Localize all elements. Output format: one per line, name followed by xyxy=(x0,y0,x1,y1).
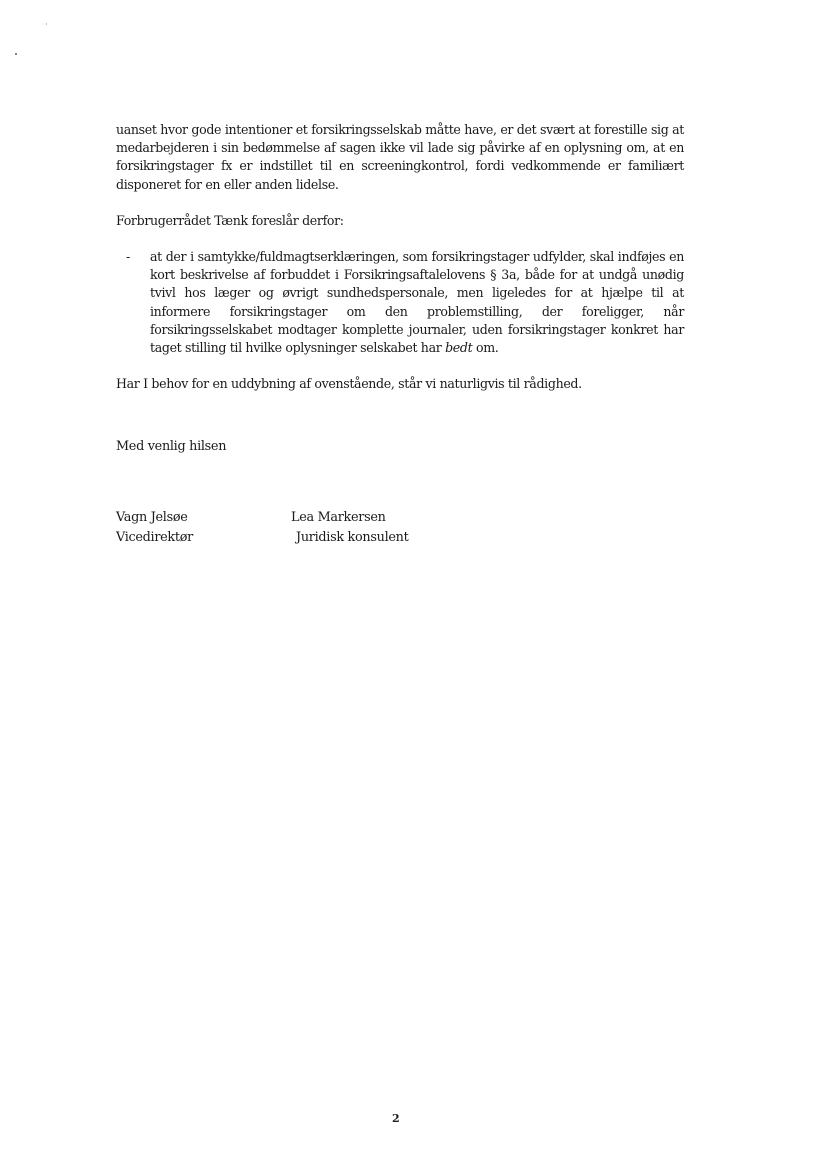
signatory-1: Vagn Jelsøe Vicedirektør xyxy=(116,508,193,548)
scan-speck xyxy=(46,23,47,25)
dash-bullet-icon: - xyxy=(126,248,130,266)
proposal-lead: Forbrugerrådet Tænk foreslår derfor: xyxy=(116,212,684,230)
scan-speck xyxy=(15,53,17,55)
closing-salutation: Med venlig hilsen xyxy=(116,439,226,454)
offer-paragraph: Har I behov for en uddybning af ovenståe… xyxy=(116,375,684,393)
intro-paragraph: uanset hvor gode intentioner et forsikri… xyxy=(116,121,684,194)
signatory-title: Juridisk konsulent xyxy=(291,528,408,548)
emphasis-text: bedt xyxy=(445,340,472,355)
letter-body: uanset hvor gode intentioner et forsikri… xyxy=(116,121,684,393)
proposal-item: - at der i samtykke/fuldmagtserklæringen… xyxy=(116,248,684,357)
signatory-2: Lea Markersen Juridisk konsulent xyxy=(291,508,408,548)
proposal-text-end: om. xyxy=(472,340,498,355)
signatory-name: Lea Markersen xyxy=(291,508,408,528)
proposal-text: at der i samtykke/fuldmagtserklæringen, … xyxy=(150,249,684,355)
signatory-name: Vagn Jelsøe xyxy=(116,508,193,528)
proposal-list: - at der i samtykke/fuldmagtserklæringen… xyxy=(116,248,684,357)
signatory-title: Vicedirektør xyxy=(116,528,193,548)
page-number: 2 xyxy=(392,1112,400,1125)
